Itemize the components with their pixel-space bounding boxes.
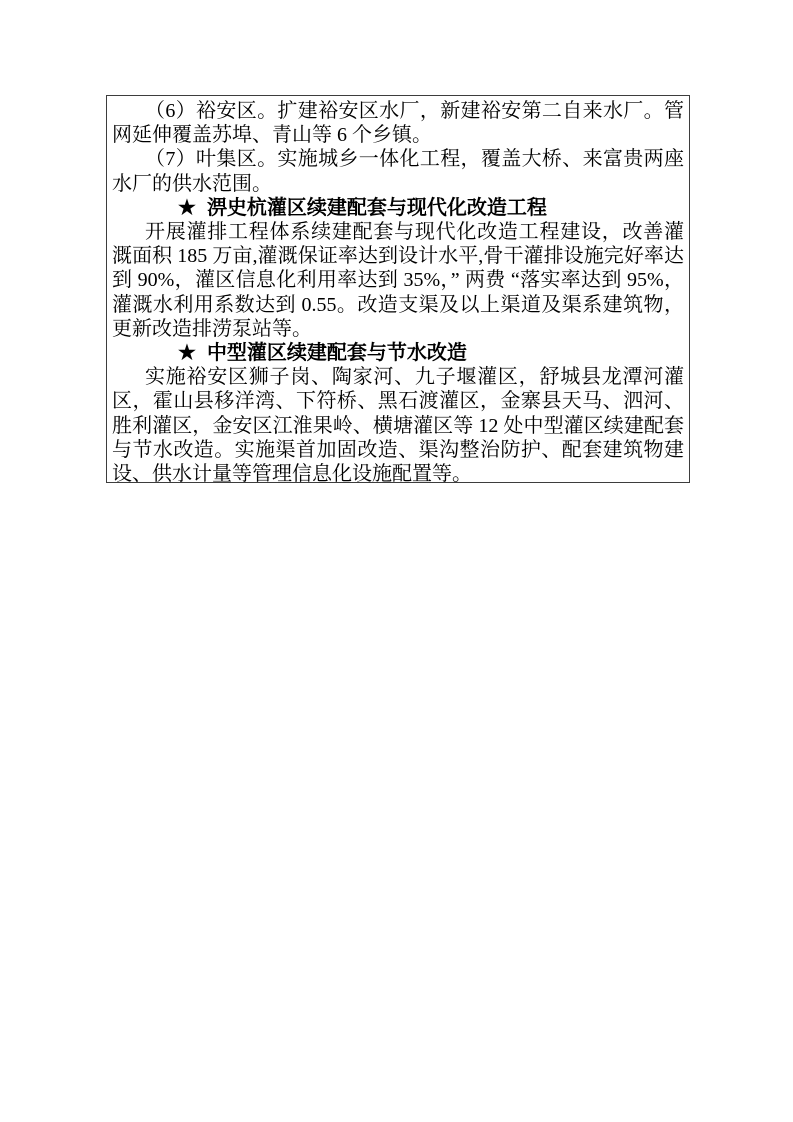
section-heading-text: 中型灌区续建配套与节水改造 — [207, 342, 467, 364]
star-icon: ★ — [145, 196, 196, 220]
section-heading-text: 淠史杭灌区续建配套与现代化改造工程 — [207, 197, 547, 219]
paragraph: 实施裕安区狮子岗、陶家河、九子堰灌区，舒城县龙潭河灌区，霍山县移洋湾、下符桥、黑… — [112, 365, 684, 483]
section-heading: ★淠史杭灌区续建配套与现代化改造工程 — [112, 196, 684, 220]
section-heading: ★中型灌区续建配套与节水改造 — [112, 341, 684, 365]
document-page: （6）裕安区。扩建裕安区水厂，新建裕安第二自来水厂。管网延伸覆盖苏埠、青山等 6… — [0, 0, 793, 1122]
paragraph: （6）裕安区。扩建裕安区水厂，新建裕安第二自来水厂。管网延伸覆盖苏埠、青山等 6… — [112, 99, 684, 147]
star-icon: ★ — [145, 341, 196, 365]
paragraph: 开展灌排工程体系续建配套与现代化改造工程建设，改善灌溉面积 185 万亩,灌溉保… — [112, 220, 684, 341]
content-box: （6）裕安区。扩建裕安区水厂，新建裕安第二自来水厂。管网延伸覆盖苏埠、青山等 6… — [106, 95, 690, 483]
paragraph: （7）叶集区。实施城乡一体化工程，覆盖大桥、来富贵两座水厂的供水范围。 — [112, 147, 684, 195]
